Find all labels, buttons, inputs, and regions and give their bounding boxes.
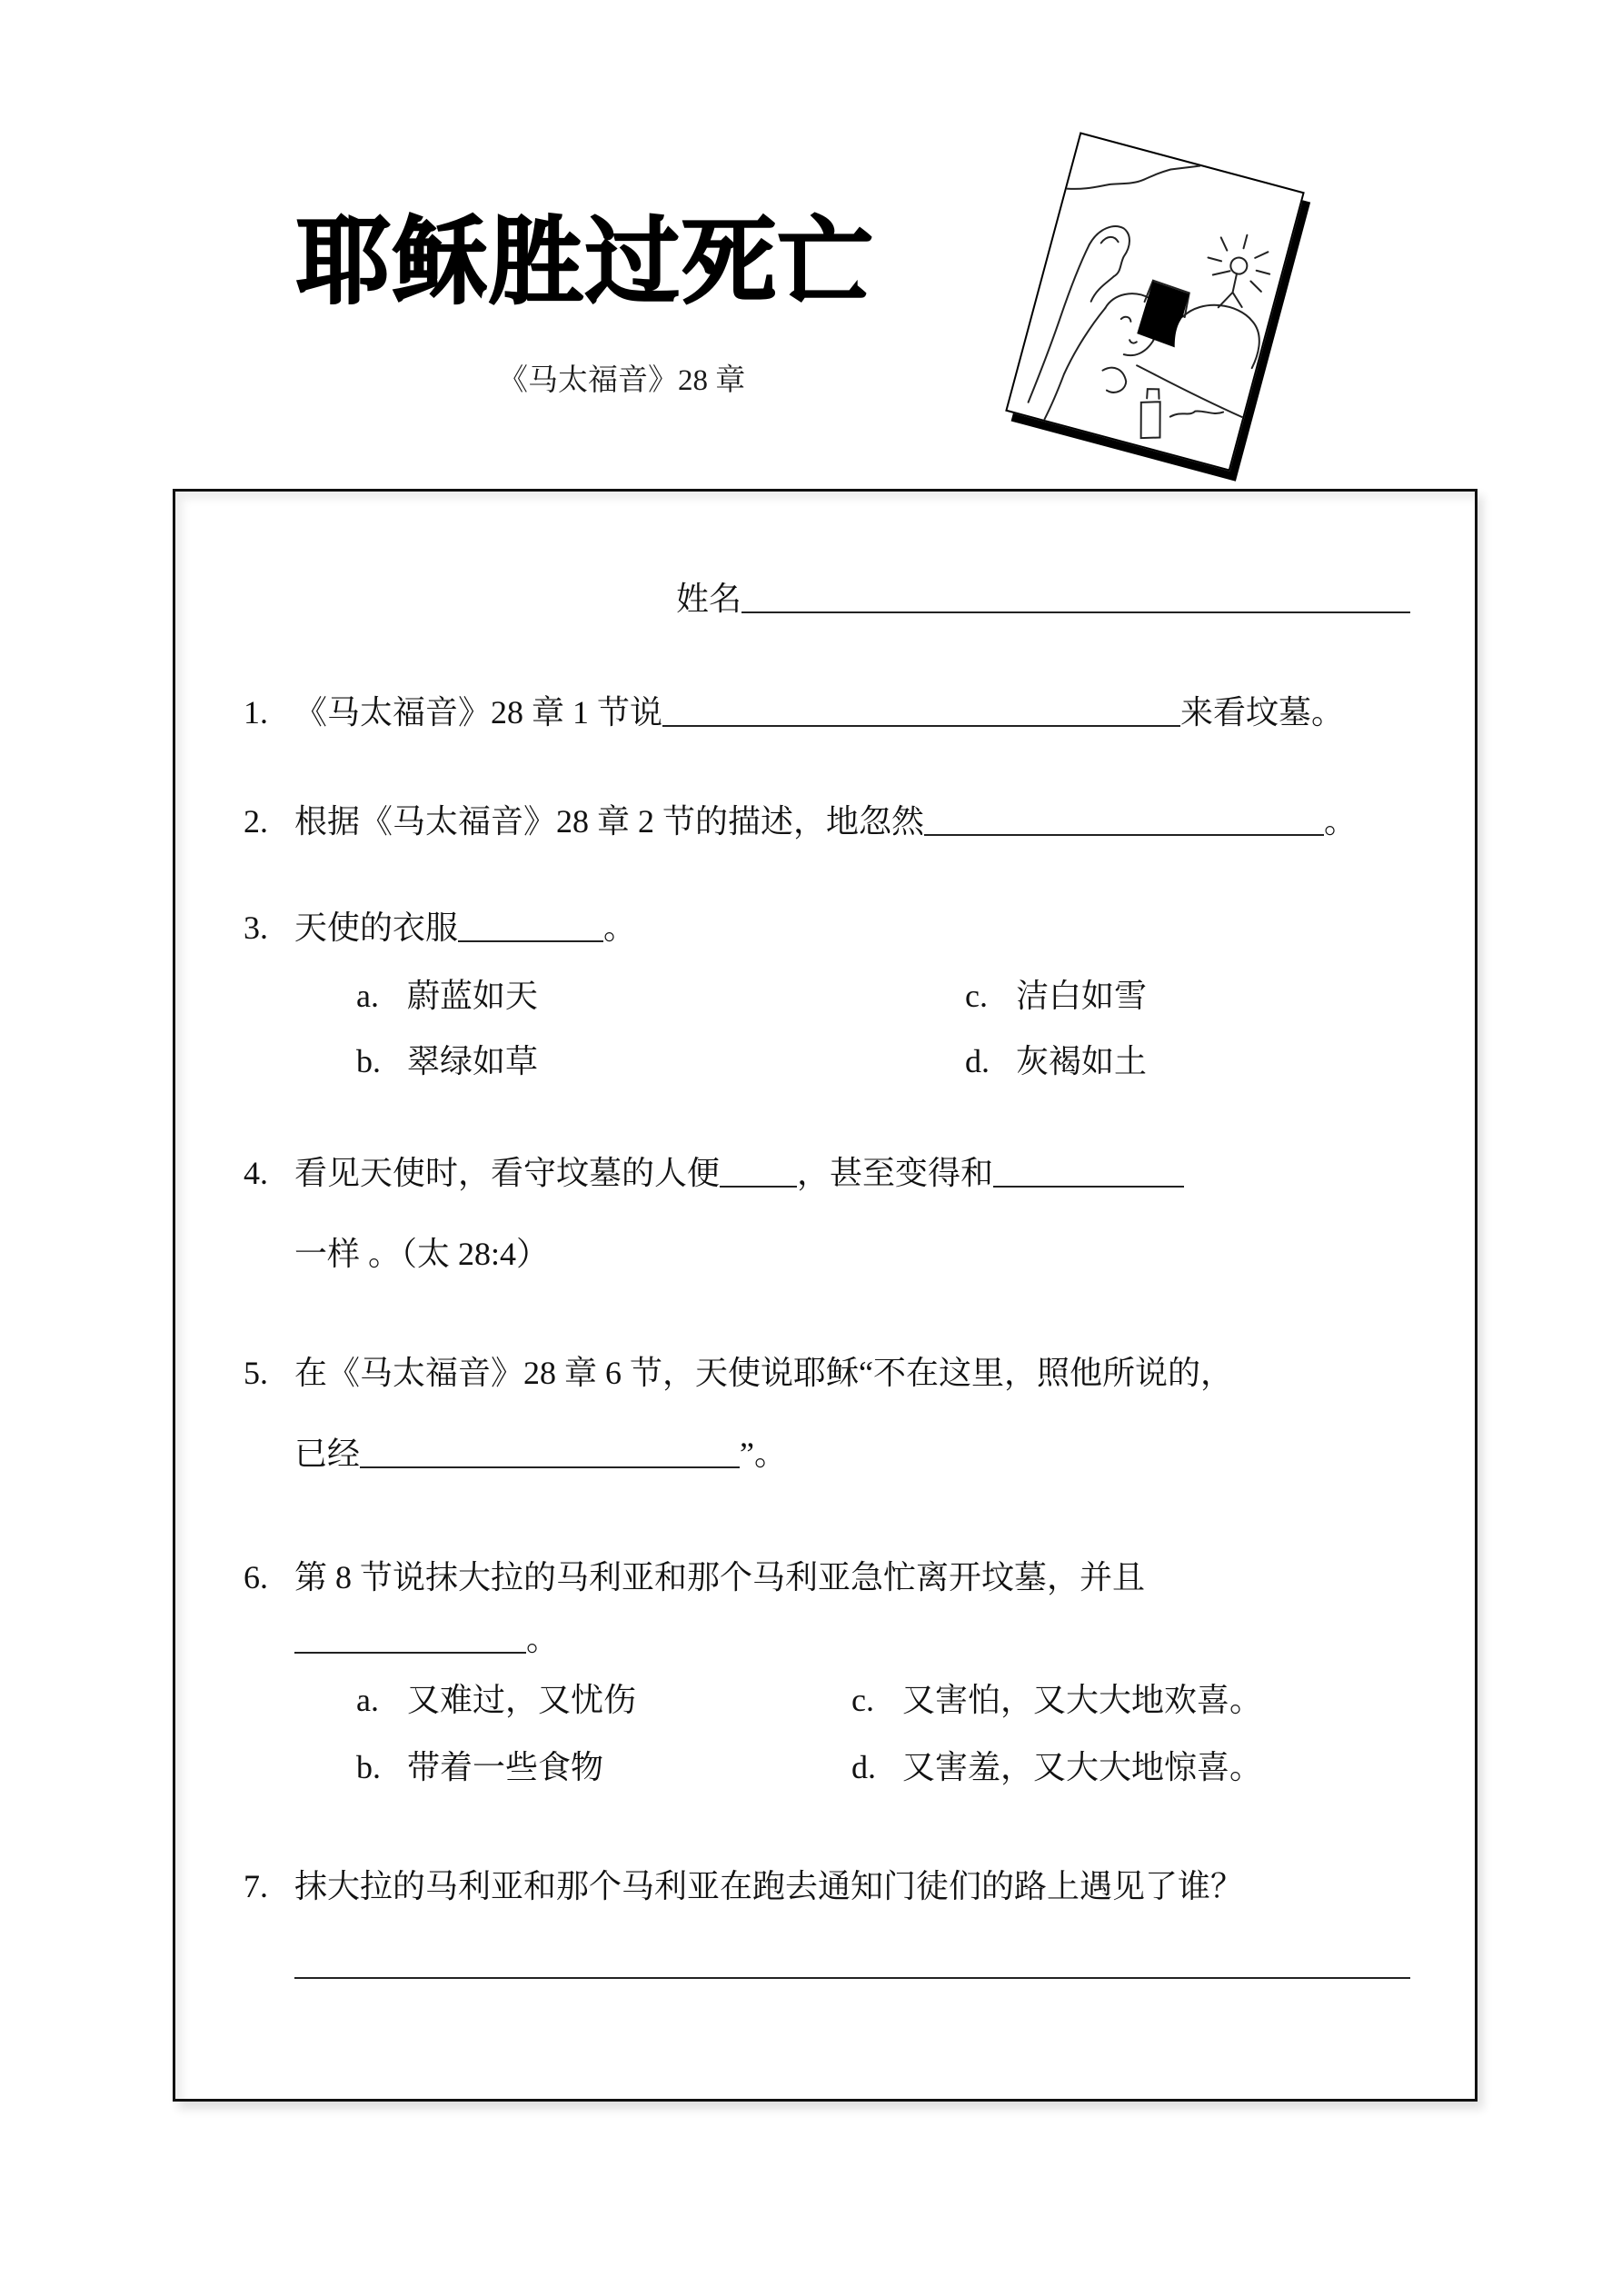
option-3d[interactable]: d.灰褐如土 <box>965 1045 1147 1078</box>
worksheet-box <box>173 489 1478 2102</box>
name-label: 姓名 <box>676 581 741 617</box>
option-letter: a. <box>356 1684 407 1716</box>
worksheet-title: 耶稣胜过死亡 <box>296 216 874 311</box>
answer-blank-6[interactable] <box>294 1625 526 1654</box>
question-text: 看见天使时，看守坟墓的人便 <box>294 1155 720 1191</box>
answer-blank-4a[interactable] <box>720 1158 797 1188</box>
option-6a[interactable]: a.又难过，又忧伤 <box>356 1684 636 1716</box>
question-6-continued: 。 <box>294 1623 559 1655</box>
question-text-mid: ，甚至变得和 <box>797 1155 993 1191</box>
question-text: 根据《马太福音》28 章 2 节的描述，地忽然 <box>294 803 924 840</box>
question-4: 4.看见天使时，看守坟墓的人便，甚至变得和 <box>244 1157 1184 1189</box>
answer-blank-1[interactable] <box>662 698 1180 727</box>
question-text-end: 。 <box>603 909 636 946</box>
option-text: 又害羞，又大大地惊喜。 <box>902 1749 1262 1785</box>
option-letter: c. <box>965 979 1016 1012</box>
tomb-scene-drawing <box>1008 134 1303 470</box>
question-number: 7. <box>244 1870 294 1903</box>
question-number: 4. <box>244 1157 294 1189</box>
question-number: 1. <box>244 696 294 729</box>
question-text: 天使的衣服 <box>294 909 458 946</box>
question-number: 3. <box>244 911 294 944</box>
answer-blank-3[interactable] <box>458 913 603 942</box>
scripture-reference: 《马太福音》28 章 <box>498 366 745 396</box>
illustration-frame <box>1005 132 1305 471</box>
question-3: 3.天使的衣服。 <box>244 911 636 944</box>
option-letter: b. <box>356 1045 407 1078</box>
option-text: 洁白如雪 <box>1016 978 1147 1014</box>
answer-line-7[interactable] <box>294 1977 1410 1979</box>
option-6b[interactable]: b.带着一些食物 <box>356 1751 603 1784</box>
question-text: 抹大拉的马利亚和那个马利亚在跑去通知门徒们的路上遇见了谁？ <box>294 1868 1243 1904</box>
answer-blank-4b[interactable] <box>993 1158 1184 1188</box>
option-3a[interactable]: a.蔚蓝如天 <box>356 979 538 1012</box>
question-text-end: ”。 <box>740 1436 787 1472</box>
option-letter: c. <box>851 1684 902 1716</box>
question-text-end: 。 <box>1324 803 1357 840</box>
resurrection-illustration <box>1005 132 1305 471</box>
option-text: 灰褐如土 <box>1016 1043 1147 1079</box>
question-text-end: 来看坟墓。 <box>1180 694 1344 731</box>
question-6: 6.第 8 节说抹大拉的马利亚和那个马利亚急忙离开坟墓，并且 <box>244 1561 1145 1594</box>
question-1: 1.《马太福音》28 章 1 节说来看坟墓。 <box>244 696 1344 729</box>
option-text: 蔚蓝如天 <box>407 978 538 1014</box>
question-text: 已经 <box>294 1436 360 1472</box>
question-number: 5. <box>244 1357 294 1389</box>
option-text: 又害怕，又大大地欢喜。 <box>902 1682 1262 1718</box>
option-3b[interactable]: b.翠绿如草 <box>356 1045 538 1078</box>
option-letter: a. <box>356 979 407 1012</box>
option-letter: d. <box>965 1045 1016 1078</box>
option-text: 翠绿如草 <box>407 1043 538 1079</box>
question-7: 7.抹大拉的马利亚和那个马利亚在跑去通知门徒们的路上遇见了谁？ <box>244 1870 1243 1903</box>
option-6d[interactable]: d.又害羞，又大大地惊喜。 <box>851 1751 1262 1784</box>
question-number: 6. <box>244 1561 294 1594</box>
question-5-continued: 已经”。 <box>294 1437 787 1470</box>
question-text: 《马太福音》28 章 1 节说 <box>294 694 662 731</box>
question-text: 第 8 节说抹大拉的马利亚和那个马利亚急忙离开坟墓，并且 <box>294 1559 1145 1595</box>
question-text: 在《马太福音》28 章 6 节，天使说耶稣“不在这里，照他所说的， <box>294 1355 1233 1391</box>
option-text: 带着一些食物 <box>407 1749 603 1785</box>
option-text: 又难过，又忧伤 <box>407 1682 636 1718</box>
option-letter: d. <box>851 1751 902 1784</box>
question-5: 5.在《马太福音》28 章 6 节，天使说耶稣“不在这里，照他所说的， <box>244 1357 1233 1389</box>
question-2: 2.根据《马太福音》28 章 2 节的描述，地忽然。 <box>244 805 1357 838</box>
question-4-continued: 一样 。（太 28:4） <box>294 1237 549 1270</box>
option-letter: b. <box>356 1751 407 1784</box>
name-row: 姓名 <box>676 582 1410 615</box>
answer-blank-2[interactable] <box>924 807 1324 836</box>
question-text-end: 。 <box>526 1621 559 1657</box>
question-number: 2. <box>244 805 294 838</box>
option-3c[interactable]: c.洁白如雪 <box>965 979 1147 1012</box>
name-input[interactable] <box>741 584 1410 613</box>
answer-blank-5[interactable] <box>360 1439 740 1468</box>
option-6c[interactable]: c.又害怕，又大大地欢喜。 <box>851 1684 1262 1716</box>
